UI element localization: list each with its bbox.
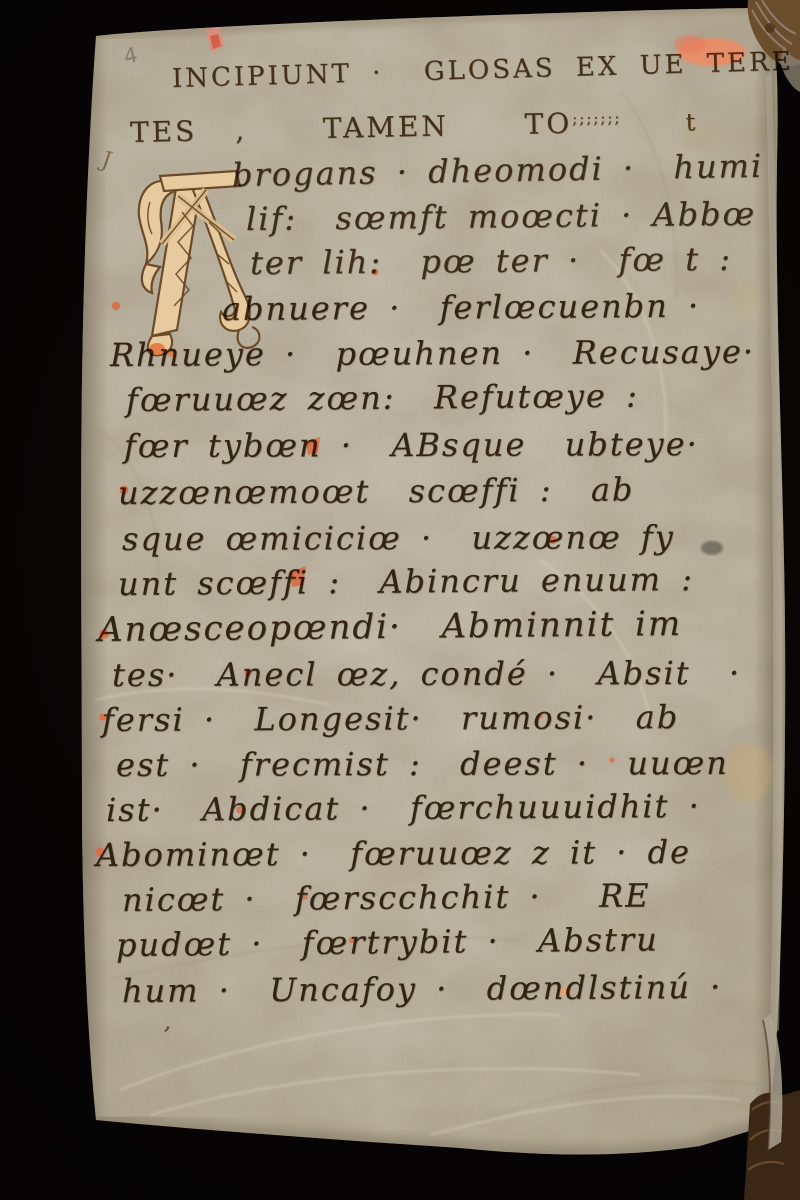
svg-text:ʃ: ʃ (782, 299, 795, 323)
parchment-texture: ʃ · : · (59, 0, 800, 1200)
svg-text:·: · (788, 353, 794, 377)
ink-smudge (701, 541, 723, 555)
svg-text:·: · (784, 631, 790, 655)
margin-dot (59, 944, 65, 950)
parchment-page: ʃ · : · (0, 0, 800, 1200)
svg-text::: : (786, 409, 793, 433)
manuscript-photo: ʃ · : · INCIPIUNT · GLOSAS EX UE TERE TE… (0, 0, 800, 1200)
